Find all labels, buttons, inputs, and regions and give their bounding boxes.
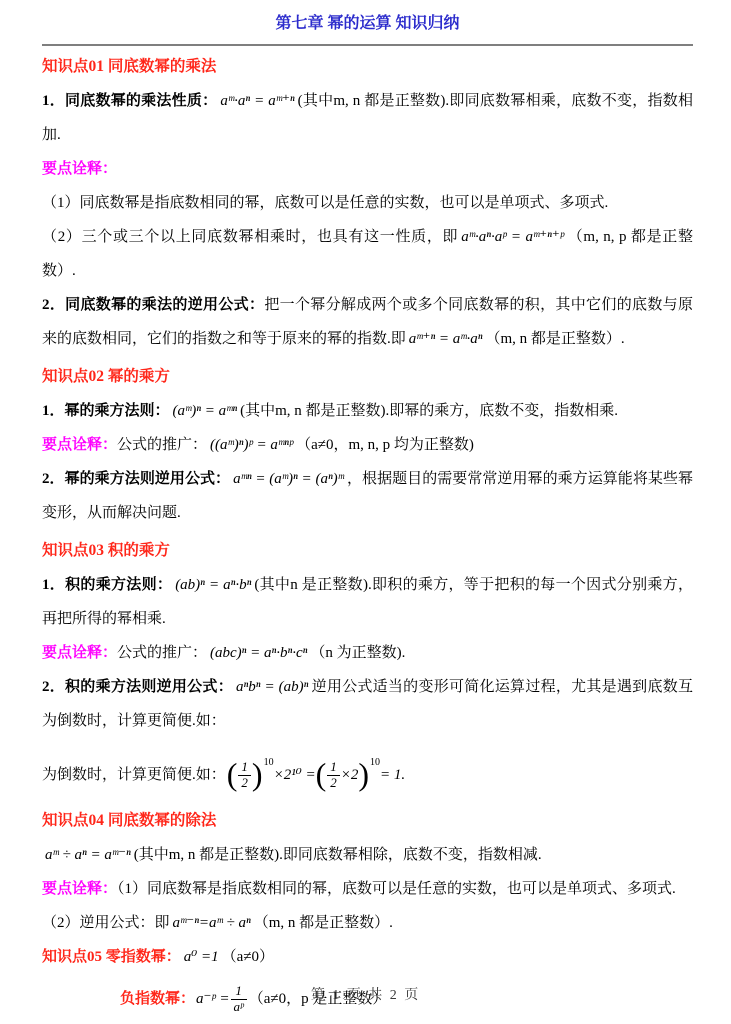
fraction: 12 [327,760,340,791]
k3-inverse-label: 2．积的乘方法则逆用公式： [42,679,233,695]
k3-rule-formula: (ab)ⁿ = aⁿ·bⁿ [172,577,254,593]
k3-example-formula: (12)10×2¹⁰ =(12×2)10= 1. [226,767,406,783]
denominator: 2 [327,776,340,791]
k2-note-paragraph: 要点诠释：公式的推广：((aᵐ)ⁿ)ᵖ = aᵐⁿᵖ（a≠0，m, n, p 均… [42,428,693,462]
k4-note-item-1: 要点诠释：（1）同底数幂是指底数相同的幂，底数可以是任意的实数，也可以是单项式、… [42,872,693,906]
k3-example-line: 为倒数时，计算更简便.如：(12)10×2¹⁰ =(12×2)10= 1. [42,738,693,800]
section-heading-03: 知识点03 积的乘方 [42,534,693,568]
k1-rule-paragraph: 1．同底数幂的乘法性质：aᵐ·aⁿ = aᵐ⁺ⁿ(其中m, n 都是正整数).即… [42,84,693,152]
k2-inverse-paragraph: 2．幂的乘方法则逆用公式：aᵐⁿ = (aᵐ)ⁿ = (aⁿ)ᵐ，根据题目的需要… [42,462,693,530]
k3-example-times: ×2 [341,767,359,783]
k3-inverse-paragraph: 2．积的乘方法则逆用公式：aⁿbⁿ = (ab)ⁿ逆用公式适当的变形可简化运算过… [42,670,693,738]
k1-note-item-2: （2）三个或三个以上同底数幂相乘时，也具有这一性质，即aᵐ·aⁿ·aᵖ = aᵐ… [42,220,693,288]
section-heading-05: 知识点05 零指数幂： [42,949,181,965]
exponent: 10 [264,757,274,768]
k2-rule-text: (其中m, n 都是正整数).即幂的乘方，底数不变，指数相乘. [240,403,618,419]
k3-note-formula: (abc)ⁿ = aⁿ·bⁿ·cⁿ [207,645,310,661]
k3-example-mid: ×2¹⁰ = [274,767,316,783]
k3-rule-paragraph: 1．积的乘方法则：(ab)ⁿ = aⁿ·bⁿ(其中n 是正整数).即积的乘方，等… [42,568,693,636]
k5-zero-formula: a⁰ =1 [181,949,222,965]
k1-rule-label: 1．同底数幂的乘法性质： [42,93,217,109]
k4-rule-formula: aᵐ ÷ aⁿ = aᵐ⁻ⁿ [42,847,134,863]
page-number-footer: 第 1 页 共 2 页 [0,984,731,1004]
k2-note-pre: 公式的推广： [117,437,207,453]
k4-note-label: 要点诠释： [42,881,117,897]
k5-zero-condition: （a≠0） [222,949,274,965]
k4-note-item-2: （2）逆用公式：即aᵐ⁻ⁿ=aᵐ ÷ aⁿ（m, n 都是正整数）. [42,906,693,940]
k4-rule-paragraph: aᵐ ÷ aⁿ = aᵐ⁻ⁿ(其中m, n 都是正整数).即同底数幂相除，底数不… [42,838,693,872]
open-paren: ( [227,758,238,790]
section-heading-01: 知识点01 同底数幂的乘法 [42,50,693,84]
section-heading-02: 知识点02 幂的乘方 [42,360,693,394]
title-divider [42,44,693,46]
k2-note-label: 要点诠释： [42,437,117,453]
k1-rule-formula: aᵐ·aⁿ = aᵐ⁺ⁿ [217,93,297,109]
close-paren: ) [358,758,369,790]
k1-note2-formula: aᵐ·aⁿ·aᵖ = aᵐ⁺ⁿ⁺ᵖ [458,229,567,245]
fraction: 12 [238,760,251,791]
k1-note-label: 要点诠释： [42,161,117,177]
document-page: { "colors": { "title_blue": "#2b2bcc", "… [0,0,731,1024]
k1-note2-pre: （2）三个或三个以上同底数幂相乘时，也具有这一性质，即 [42,229,458,245]
k1-note-label-line: 要点诠释： [42,152,693,186]
k1-inverse-paragraph: 2．同底数幂的乘法的逆用公式：把一个幂分解成两个或多个同底数幂的积，其中它们的底… [42,288,693,356]
k4-note2-formula: aᵐ⁻ⁿ=aᵐ ÷ aⁿ [170,915,254,931]
page-content: 第七章 幂的运算 知识归纳 知识点01 同底数幂的乘法 1．同底数幂的乘法性质：… [0,0,731,1024]
section-heading-04: 知识点04 同底数幂的除法 [42,804,693,838]
k1-inverse-label: 2．同底数幂的乘法的逆用公式： [42,297,264,313]
k4-note2-post: （m, n 都是正整数）. [254,915,393,931]
page-title: 第七章 幂的运算 知识归纳 [42,12,693,36]
k1-note-item-1: （1）同底数幂是指底数相同的幂，底数可以是任意的实数，也可以是单项式、多项式. [42,186,693,220]
close-paren: ) [252,758,263,790]
k3-note-paragraph: 要点诠释：公式的推广：(abc)ⁿ = aⁿ·bⁿ·cⁿ（n 为正整数). [42,636,693,670]
k1-inverse-text2: （m, n 都是正整数）. [486,331,625,347]
k1-inverse-formula: aᵐ⁺ⁿ = aᵐ·aⁿ [406,331,486,347]
k2-rule-formula: (aᵐ)ⁿ = aᵐⁿ [170,403,241,419]
k4-rule-text: (其中m, n 都是正整数).即同底数幂相除，底数不变，指数相减. [134,847,542,863]
k3-example-end: = 1. [380,767,405,783]
k3-note-post: （n 为正整数). [310,645,405,661]
k2-inverse-formula: aᵐⁿ = (aᵐ)ⁿ = (aⁿ)ᵐ [230,471,347,487]
k4-note1-text: （1）同底数幂是指底数相同的幂，底数可以是任意的实数，也可以是单项式、多项式. [117,881,676,897]
exponent: 10 [370,757,380,768]
numerator: 1 [238,760,251,776]
k3-note-pre: 公式的推广： [117,645,207,661]
numerator: 1 [327,760,340,776]
k2-note-formula: ((aᵐ)ⁿ)ᵖ = aᵐⁿᵖ [207,437,296,453]
k3-example-lead: 为倒数时，计算更简便.如： [42,767,226,783]
k3-note-label: 要点诠释： [42,645,117,661]
k2-rule-label: 1．幂的乘方法则： [42,403,170,419]
k4-note2-pre: （2）逆用公式：即 [42,915,170,931]
k3-inverse-formula: aⁿbⁿ = (ab)ⁿ [233,679,311,695]
k2-inverse-label: 2．幂的乘方法则逆用公式： [42,471,230,487]
open-paren: ( [316,758,327,790]
k3-rule-label: 1．积的乘方法则： [42,577,172,593]
k2-rule-paragraph: 1．幂的乘方法则：(aᵐ)ⁿ = aᵐⁿ(其中m, n 都是正整数).即幂的乘方… [42,394,693,428]
k5-zero-power-line: 知识点05 零指数幂：a⁰ =1（a≠0） [42,940,693,974]
denominator: 2 [238,776,251,791]
k2-note-post: （a≠0，m, n, p 均为正整数) [296,437,474,453]
